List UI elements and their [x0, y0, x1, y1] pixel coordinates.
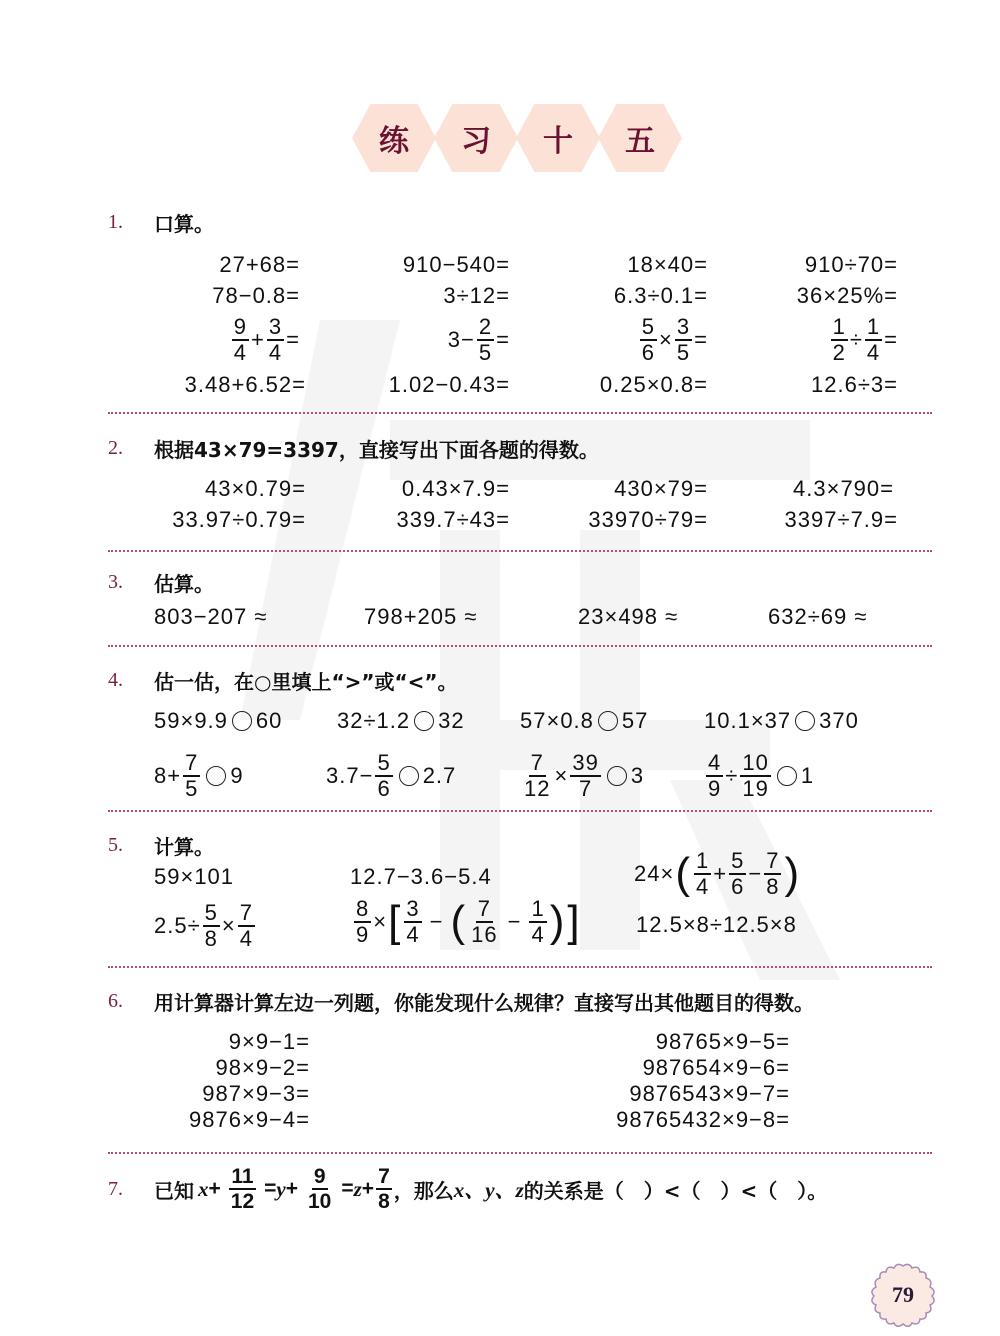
denominator: 4: [238, 927, 255, 950]
title-char: 练: [352, 104, 436, 172]
section-divider: [108, 645, 932, 647]
operator: +: [362, 1177, 374, 1201]
q4-compare: 3.7− 56 2.7: [326, 752, 456, 800]
operator: −: [430, 909, 444, 935]
q5-expr: 89 × [ 34 − ( 716 − 14 ) ]: [352, 898, 582, 946]
numerator: 7: [476, 898, 493, 923]
answer-circle[interactable]: [777, 766, 797, 786]
denominator: 12: [522, 777, 552, 800]
question-number: 1.: [108, 211, 154, 234]
var-z: z: [354, 1177, 362, 1202]
q1-fraction-expr: 56 × 35 =: [540, 316, 708, 364]
q1-expr: 0.25×0.8=: [540, 372, 708, 398]
q3-expr: 23×498 ≈: [578, 604, 678, 630]
question-text: 用计算器计算左边一列题，你能发现什么规律？直接写出其他题目的得数。: [154, 987, 814, 1016]
numerator: 9: [232, 316, 249, 341]
fraction: 56: [729, 850, 746, 898]
q6-right-expr: 98765×9−5=: [540, 1029, 790, 1055]
var-list: x、y、z: [454, 1174, 524, 1204]
fraction: 58: [203, 902, 220, 950]
title-char: 习: [434, 104, 518, 172]
q5-expr: 59×101: [154, 864, 234, 890]
equals: =: [496, 327, 510, 353]
section-divider: [108, 550, 932, 552]
q1-expr: 3.48+6.52=: [150, 372, 306, 398]
denominator: 5: [675, 341, 692, 364]
numerator: 5: [375, 752, 392, 777]
q2-expr: 33970÷79=: [540, 507, 708, 533]
left-paren: (: [675, 852, 691, 896]
numerator: 5: [729, 850, 746, 875]
question-text: 估算。: [154, 568, 214, 597]
equals: =: [341, 1177, 353, 1201]
equals: =: [264, 1177, 276, 1201]
denominator: 8: [376, 1190, 392, 1212]
numerator: 1: [831, 316, 848, 341]
answer-circle[interactable]: [795, 711, 815, 731]
numerator: 11: [229, 1166, 255, 1190]
q1-expr: 18×40=: [540, 252, 708, 278]
denominator: 6: [729, 875, 746, 898]
question-5-header: 5. 计算。: [108, 831, 214, 860]
fraction: 74: [238, 902, 255, 950]
denominator: 4: [865, 341, 882, 364]
question-number: 6.: [108, 990, 154, 1013]
q4-compare: 59×9.960: [154, 708, 282, 734]
var-y: y: [276, 1177, 285, 1202]
question-text: 口算。: [154, 208, 214, 237]
compare-right: 1: [801, 763, 814, 789]
q2-expr: 3397÷7.9=: [740, 507, 898, 533]
operator: ÷: [725, 763, 738, 789]
numerator: 39: [570, 752, 600, 777]
denominator: 19: [740, 777, 770, 800]
answer-circle[interactable]: [414, 711, 434, 731]
expr-prefix: 24×: [634, 861, 674, 887]
right-bracket: ]: [567, 900, 580, 944]
section-divider: [108, 810, 932, 812]
fraction: 14: [865, 316, 882, 364]
numerator: 1: [529, 898, 546, 923]
denominator: 8: [764, 875, 781, 898]
denominator: 6: [375, 777, 392, 800]
equals: =: [694, 327, 708, 353]
q1-expr: 910−540=: [330, 252, 510, 278]
q4-compare: 712 × 397 3: [520, 752, 644, 800]
q1-expr: 27+68=: [150, 252, 300, 278]
section-divider: [108, 412, 932, 414]
compare-right: 3: [631, 763, 644, 789]
q2-expr: 33.97÷0.79=: [130, 507, 306, 533]
denominator: 2: [831, 341, 848, 364]
numerator: 8: [354, 898, 371, 923]
question-4-header: 4. 估一估，在○里填上“>”或“<”。: [108, 666, 458, 695]
equals: =: [884, 327, 898, 353]
numerator: 1: [865, 316, 882, 341]
fraction: 12: [831, 316, 848, 364]
answer-circle[interactable]: [206, 766, 226, 786]
numerator: 7: [529, 752, 546, 777]
q4-compare: 57×0.857: [520, 708, 648, 734]
operator: ×: [373, 909, 387, 935]
q3-expr: 798+205 ≈: [364, 604, 477, 630]
fraction: 56: [640, 316, 657, 364]
page-number-badge: 79: [868, 1262, 938, 1328]
compare-left: 10.1×37: [704, 708, 791, 734]
numerator: 1: [694, 850, 711, 875]
equals: =: [286, 327, 300, 353]
denominator: 4: [267, 341, 284, 364]
denominator: 5: [477, 341, 494, 364]
question-6-header: 6. 用计算器计算左边一列题，你能发现什么规律？直接写出其他题目的得数。: [108, 987, 814, 1016]
q3-expr: 632÷69 ≈: [768, 604, 867, 630]
question-number: 7.: [108, 1178, 154, 1201]
q2-expr: 430×79=: [540, 476, 708, 502]
denominator: 10: [306, 1190, 333, 1212]
numerator: 2: [477, 316, 494, 341]
denominator: 6: [640, 341, 657, 364]
q2-expr: 0.43×7.9=: [340, 476, 510, 502]
fraction: 910: [306, 1166, 333, 1212]
denominator: 12: [229, 1190, 256, 1212]
q6-left-expr: 98×9−2=: [140, 1055, 310, 1081]
operator: −: [748, 861, 762, 887]
numerator: 5: [640, 316, 657, 341]
question-text: 已知: [154, 1175, 194, 1204]
fraction: 397: [570, 752, 600, 800]
fraction: 14: [694, 850, 711, 898]
fraction: 78: [764, 850, 781, 898]
q1-expr: 12.6÷3=: [740, 372, 898, 398]
q1-fraction-expr: 12 ÷ 14 =: [740, 316, 898, 364]
title-char: 五: [598, 104, 682, 172]
q1-expr: 36×25%=: [740, 283, 898, 309]
right-paren: ): [784, 852, 800, 896]
q2-expr: 4.3×790=: [740, 476, 894, 502]
exercise-title: 练 习 十 五: [352, 104, 680, 172]
denominator: 8: [203, 927, 220, 950]
numerator: 7: [376, 1166, 392, 1190]
answer-circle[interactable]: [232, 711, 252, 731]
fraction: 1019: [740, 752, 770, 800]
q6-right-expr: 9876543×9−7=: [540, 1081, 790, 1107]
q5-expr: 12.5×8÷12.5×8: [636, 912, 797, 938]
page-number: 79: [892, 1282, 914, 1308]
question-number: 4.: [108, 669, 154, 692]
q1-expr: 78−0.8=: [150, 283, 300, 309]
denominator: 9: [706, 777, 723, 800]
question-text: 的关系是（ ）<（ ）<（ ）。: [524, 1175, 828, 1204]
q6-left-expr: 9×9−1=: [140, 1029, 310, 1055]
q6-right-expr: 987654×9−6=: [540, 1055, 790, 1081]
question-3-header: 3. 估算。: [108, 568, 214, 597]
numerator: 4: [706, 752, 723, 777]
fraction: 34: [267, 316, 284, 364]
compare-right: 32: [438, 708, 464, 734]
question-1-header: 1. 口算。: [108, 208, 214, 237]
denominator: 16: [469, 923, 499, 946]
fraction: 56: [375, 752, 392, 800]
numerator: 3: [404, 898, 421, 923]
fraction: 14: [529, 898, 546, 946]
question-number: 2.: [108, 437, 154, 460]
numerator: 7: [183, 752, 200, 777]
compare-right: 370: [819, 708, 859, 734]
operator: +: [251, 327, 265, 353]
fraction: 94: [232, 316, 249, 364]
title-char: 十: [516, 104, 600, 172]
q6-left-expr: 9876×9−4=: [140, 1107, 310, 1133]
compare-right: 57: [622, 708, 648, 734]
fraction: 75: [183, 752, 200, 800]
fraction: 1112: [229, 1166, 256, 1212]
answer-circle[interactable]: [607, 766, 627, 786]
left-paren: (: [450, 900, 466, 944]
q1-expr: 910÷70=: [740, 252, 898, 278]
numerator: 3: [675, 316, 692, 341]
q1-fraction-expr: 3− 25 =: [330, 316, 510, 364]
question-text: 估一估，在○里填上“>”或“<”。: [154, 666, 458, 695]
operator: ÷: [850, 327, 863, 353]
q6-right-expr: 98765432×9−8=: [540, 1107, 790, 1133]
expr-prefix: 3.7−: [326, 763, 373, 789]
q5-expr: 24× ( 14 + 56 − 78 ): [634, 850, 801, 898]
answer-circle[interactable]: [399, 766, 419, 786]
compare-right: 2.7: [423, 763, 457, 789]
numerator: 7: [764, 850, 781, 875]
question-number: 5.: [108, 834, 154, 857]
denominator: 4: [232, 341, 249, 364]
question-7: 7. 已知 x + 1112 = y + 910 = z + 78 ，那么 x、…: [108, 1166, 827, 1212]
right-paren: ): [550, 900, 566, 944]
denominator: 7: [577, 777, 594, 800]
q3-expr: 803−207 ≈: [154, 604, 267, 630]
fraction: 712: [522, 752, 552, 800]
denominator: 4: [694, 875, 711, 898]
left-bracket: [: [388, 900, 401, 944]
fraction: 34: [404, 898, 421, 946]
q5-expr: 12.7−3.6−5.4: [350, 864, 492, 890]
compare-left: 57×0.8: [520, 708, 594, 734]
denominator: 4: [404, 923, 421, 946]
q4-compare: 8+ 75 9: [154, 752, 244, 800]
compare-left: 32÷1.2: [337, 708, 410, 734]
numerator: 7: [238, 902, 255, 927]
operator: +: [209, 1177, 221, 1201]
denominator: 4: [529, 923, 546, 946]
q1-expr: 3÷12=: [330, 283, 510, 309]
q4-compare: 49 ÷ 1019 1: [704, 752, 814, 800]
question-text: ，那么: [394, 1175, 454, 1204]
question-text: 根据43×79=3397，直接写出下面各题的得数。: [154, 434, 599, 463]
operator: ×: [554, 763, 568, 789]
operator: +: [713, 861, 727, 887]
numerator: 10: [740, 752, 770, 777]
compare-left: 59×9.9: [154, 708, 228, 734]
q4-compare: 32÷1.232: [337, 708, 465, 734]
question-number: 3.: [108, 571, 154, 594]
numerator: 5: [203, 902, 220, 927]
fraction: 25: [477, 316, 494, 364]
expr-prefix: 2.5÷: [154, 913, 201, 939]
compare-right: 60: [256, 708, 282, 734]
q2-expr: 339.7÷43=: [340, 507, 510, 533]
fraction: 35: [675, 316, 692, 364]
section-divider: [108, 966, 932, 968]
section-divider: [108, 1152, 932, 1154]
fraction: 89: [354, 898, 371, 946]
operator: −: [508, 909, 522, 935]
q2-expr: 43×0.79=: [140, 476, 306, 502]
operator: ×: [659, 327, 673, 353]
expr-prefix: 8+: [154, 763, 181, 789]
q6-left-expr: 987×9−3=: [140, 1081, 310, 1107]
var-x: x: [198, 1177, 209, 1202]
q1-expr: 1.02−0.43=: [330, 372, 510, 398]
answer-circle[interactable]: [598, 711, 618, 731]
question-text: 计算。: [154, 831, 214, 860]
operator: ×: [222, 913, 236, 939]
numerator: 3: [267, 316, 284, 341]
operator: +: [286, 1177, 298, 1201]
q5-expr: 2.5÷ 58 × 74: [154, 902, 257, 950]
denominator: 5: [183, 777, 200, 800]
fraction: 78: [376, 1166, 392, 1212]
compare-right: 9: [230, 763, 243, 789]
question-2-header: 2. 根据43×79=3397，直接写出下面各题的得数。: [108, 434, 599, 463]
q4-compare: 10.1×37370: [704, 708, 859, 734]
numerator: 9: [312, 1166, 328, 1190]
fraction: 49: [706, 752, 723, 800]
expr-prefix: 3−: [448, 327, 475, 353]
q1-fraction-expr: 94 + 34 =: [150, 316, 300, 364]
q1-expr: 6.3÷0.1=: [540, 283, 708, 309]
fraction: 716: [469, 898, 499, 946]
denominator: 9: [354, 923, 371, 946]
